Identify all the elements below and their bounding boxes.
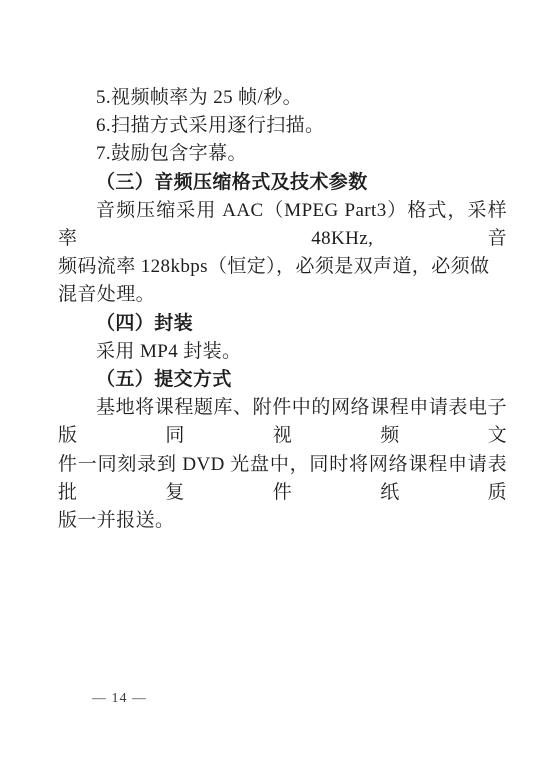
paragraph-submission-line-2: 件一同刻录到 DVD 光盘中，同时将网络课程申请表批复件纸质 — [58, 451, 507, 507]
list-item-7-subtitles: 7.鼓励包含字幕。 — [58, 140, 507, 168]
document-body: 5.视频帧率为 25 帧/秒。 6.扫描方式采用逐行扫描。 7.鼓励包含字幕。 … — [58, 84, 507, 535]
section-heading-submission: （五）提交方式 — [58, 366, 507, 394]
paragraph-submission-line-1: 基地将课程题库、附件中的网络课程申请表电子版同视频文 — [58, 394, 507, 450]
section-heading-packaging: （四）封装 — [58, 310, 507, 338]
section-heading-audio-compression: （三）音频压缩格式及技术参数 — [58, 169, 507, 197]
list-item-5-video-frame-rate: 5.视频帧率为 25 帧/秒。 — [58, 84, 507, 112]
page-number: — 14 — — [92, 691, 147, 707]
paragraph-audio-spec-line-1: 音频压缩采用 AAC（MPEG Part3）格式，采样率 48KHz,音 — [58, 197, 507, 253]
list-item-6-scan-mode: 6.扫描方式采用逐行扫描。 — [58, 112, 507, 140]
paragraph-packaging: 采用 MP4 封装。 — [58, 338, 507, 366]
paragraph-audio-spec-line-2: 频码流率 128kbps（恒定），必须是双声道，必须做混音处理。 — [58, 253, 507, 309]
paragraph-submission-line-3: 版一并报送。 — [58, 507, 507, 535]
document-page: 5.视频帧率为 25 帧/秒。 6.扫描方式采用逐行扫描。 7.鼓励包含字幕。 … — [0, 0, 553, 783]
